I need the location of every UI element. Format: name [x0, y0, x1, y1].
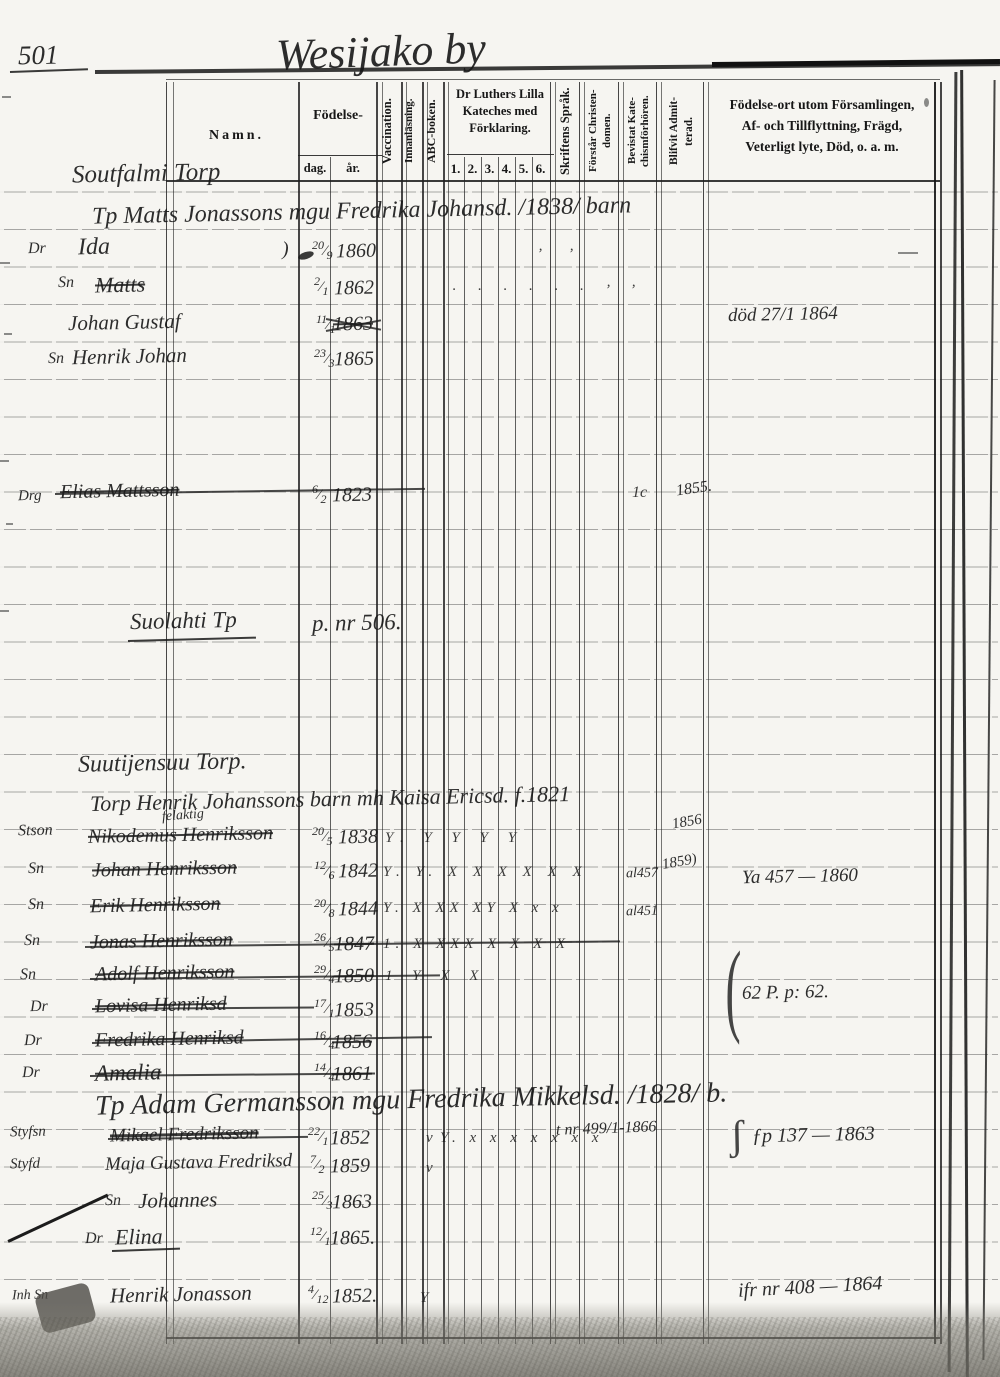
- birth-year: 1850: [334, 965, 374, 989]
- bevistat-mark: al451: [626, 904, 658, 921]
- katekes-line: Dr Luthers Lilla: [447, 86, 553, 103]
- birth-year: 1852: [330, 1127, 370, 1151]
- birth-year: 1865.: [330, 1227, 375, 1251]
- birth-month: 5: [327, 834, 333, 848]
- column-line: [401, 82, 403, 1344]
- table-right-border: [934, 82, 936, 1344]
- transfer-note: Suolahti Tp: [130, 607, 237, 635]
- katekes-marks: ’ ’: [537, 246, 585, 263]
- speck: [0, 460, 9, 462]
- remark-note: Ya 457 — 1860: [742, 865, 858, 889]
- katekes-col-2: 2.: [464, 161, 481, 177]
- page-title: Wesijako by: [275, 22, 486, 80]
- birth-day: 12: [310, 1224, 322, 1238]
- katekes-col-1: 1.: [447, 161, 464, 177]
- katekes-col-3: 3.: [481, 161, 498, 177]
- speck: [4, 333, 12, 335]
- speck: [0, 610, 9, 612]
- birth-month: 2: [321, 492, 327, 506]
- person-name: Jonas Henriksson: [90, 929, 233, 955]
- person-name: Amalia: [95, 1059, 162, 1086]
- birth-day: 2: [314, 274, 320, 288]
- birth-year: 1838: [338, 826, 378, 850]
- relation-label: Dr: [85, 1230, 103, 1248]
- tick-mark: v: [426, 1160, 433, 1177]
- relation-label: Sn: [24, 932, 40, 950]
- transfer-note: t nr 499/1-1866: [556, 1118, 657, 1139]
- col-header-namn: Namn.: [175, 128, 298, 144]
- birth-month: 9: [327, 248, 333, 262]
- col-header-admitterad-1: Blifvit Admit-: [668, 84, 680, 178]
- column-line: [623, 82, 624, 1344]
- birth-day: 7: [310, 1152, 316, 1166]
- remark-note: 62 P. p: 62.: [742, 981, 829, 1005]
- person-name: Matts: [95, 271, 146, 298]
- katekes-col-4: 4.: [498, 161, 515, 177]
- column-line: [481, 157, 482, 1344]
- birth-year: 1842: [338, 860, 378, 884]
- birth-day: 25: [312, 1188, 324, 1202]
- scan-grain: [0, 1317, 1000, 1377]
- relation-label: Stson: [18, 822, 53, 841]
- column-line: [515, 157, 516, 1344]
- scanned-church-record-page: Namn. Födelse- dag. år. Vaccination. Inn…: [0, 0, 1000, 1377]
- katekes-line: Kateches med: [447, 103, 553, 120]
- column-line: [443, 82, 445, 1344]
- column-line: [703, 82, 705, 1344]
- relation-label: Sn: [28, 896, 44, 914]
- section-heading: Soutfalmi Torp: [72, 158, 221, 189]
- col-header-fodelse: Födelse-: [300, 108, 376, 124]
- column-line: [382, 82, 383, 1344]
- birth-day: 14: [314, 1060, 326, 1074]
- relation-label: Sn: [20, 966, 36, 984]
- notes-line: Veterligt lyte, Död, o. a. m.: [710, 136, 934, 157]
- relation-label: Dr: [30, 998, 48, 1016]
- birth-day: 12: [314, 858, 326, 872]
- birth-year: 1860: [336, 240, 376, 264]
- relation-label: Drg: [18, 488, 42, 505]
- column-line: [448, 82, 449, 1344]
- birth-day: 22: [308, 1124, 320, 1138]
- grouping-brace: ʃ: [729, 1112, 744, 1160]
- column-line: [661, 82, 662, 1344]
- column-line: [618, 82, 620, 1344]
- relation-label: Styfd: [10, 1156, 40, 1174]
- column-line: [555, 82, 556, 1344]
- birth-year: 1863: [332, 1191, 372, 1215]
- birth-year: 1844: [338, 898, 378, 922]
- birth-year: 1865: [334, 348, 374, 372]
- col-header-forstar-1: Förstår Christen-: [587, 84, 599, 178]
- birth-day: 4: [308, 1282, 314, 1296]
- col-header-forstar-2: domen.: [601, 84, 613, 178]
- col-header-dag: dag.: [300, 161, 330, 176]
- birth-month: 8: [329, 906, 335, 920]
- birth-year: 1861: [332, 1063, 372, 1087]
- person-name: Johan Gustaf: [68, 309, 181, 336]
- katekes-marks: Y. X XX XY X x x: [383, 900, 564, 917]
- birth-day: 17: [314, 996, 326, 1010]
- grouping-brace: (: [725, 928, 742, 1048]
- relation-label: Sn: [28, 860, 44, 878]
- birth-year: 1823: [332, 484, 372, 508]
- column-line: [579, 82, 581, 1344]
- katekes-marks: 1 Y X X: [385, 968, 486, 985]
- person-name: Maja Gustava Fredriksd: [105, 1150, 293, 1176]
- birth-day: 20: [312, 238, 324, 252]
- birth-day: 29: [314, 962, 326, 976]
- notes-line: Födelse-ort utom Församlingen,: [710, 94, 934, 115]
- birth-day: 23: [314, 346, 326, 360]
- col-header-abc-boken: ABC-boken.: [424, 84, 439, 178]
- birth-year: 1862: [334, 277, 374, 301]
- col-header-skriftens-sprak: Skriftens Språk.: [558, 84, 573, 178]
- birth-year: 1859: [330, 1155, 370, 1179]
- birth-day: 26: [314, 930, 326, 944]
- column-line: [406, 82, 407, 1344]
- column-line: [427, 82, 428, 1344]
- katekes-line: Förklaring.: [447, 120, 553, 137]
- column-line: [584, 82, 585, 1344]
- person-name: Erik Henriksson: [90, 893, 221, 919]
- section-heading: Suutijensuu Torp.: [78, 748, 247, 779]
- col-header-admitterad-2: terad.: [683, 84, 695, 178]
- birth-month: 1: [323, 284, 329, 298]
- column-line: [422, 82, 424, 1344]
- column-line: [656, 82, 658, 1344]
- katekes-marks: Y. Y. X X X X X X: [383, 864, 588, 881]
- katekes-marks: · · · · · · ’ ’: [452, 282, 644, 299]
- relation-label: Dr: [24, 1032, 42, 1050]
- birth-day: 20: [312, 824, 324, 838]
- birth-month: 6: [329, 868, 335, 882]
- person-name: Adolf Henriksson: [95, 961, 235, 987]
- person-name: Mikael Fredriksson: [110, 1122, 259, 1147]
- note-dash: [898, 252, 918, 254]
- relation-label: Dr: [22, 1064, 40, 1082]
- forstar-mark: 1c: [632, 484, 647, 502]
- column-line: [708, 82, 709, 1344]
- table-right-border: [940, 82, 942, 1344]
- person-name: Ida: [78, 234, 111, 262]
- katekes-col-5: 5.: [515, 161, 532, 177]
- relation-label: Sn: [58, 274, 74, 292]
- column-line: [498, 157, 499, 1344]
- fodelse-subrule: [298, 155, 382, 156]
- birth-day: 6: [312, 482, 318, 496]
- birth-month: 2: [319, 1162, 325, 1176]
- transfer-note-ref: p. nr 506.: [312, 609, 402, 637]
- person-name: Johannes: [138, 1187, 218, 1214]
- col-header-notes: Födelse-ort utom Församlingen, Af- och T…: [710, 94, 934, 157]
- person-name: Henrik Johan: [72, 343, 187, 370]
- column-line: [464, 157, 465, 1344]
- col-header-ar: år.: [331, 161, 375, 176]
- speck: [0, 262, 10, 264]
- col-header-bevistat-1: Bevistat Kate-: [626, 84, 638, 178]
- tick-mark: v: [426, 1130, 433, 1147]
- birth-year: 1853: [334, 999, 374, 1023]
- katekes-col-6: 6.: [532, 161, 549, 177]
- header-bottom-rule: [166, 180, 940, 182]
- column-line: [376, 82, 378, 1344]
- speck: [2, 96, 11, 98]
- relation-label: Styfsn: [10, 1124, 46, 1142]
- speck: [924, 98, 929, 107]
- katekes-marks: 1. X XXX X X X X: [383, 936, 570, 953]
- person-name: Lovisa Henriksd: [95, 993, 227, 1019]
- col-header-bevistat-2: chismförhören.: [639, 84, 651, 178]
- column-line: [532, 157, 533, 1344]
- birth-month: 1: [323, 1134, 329, 1148]
- col-header-katekes: Dr Luthers Lilla Kateches med Förklaring…: [447, 86, 553, 137]
- bevistat-mark: al457: [626, 866, 658, 883]
- birth-day: 16: [314, 1028, 326, 1042]
- column-line: [550, 82, 552, 1344]
- katekes-subrule: [447, 154, 554, 155]
- speck: [6, 523, 13, 525]
- person-name: Nikodemus Henriksson: [88, 822, 273, 849]
- column-line: [298, 82, 300, 1344]
- remark-note: död 27/1 1864: [728, 303, 838, 327]
- pen-mark: ): [282, 238, 289, 261]
- birth-year: 1856: [332, 1031, 372, 1055]
- col-header-vaccination: Vaccination.: [380, 84, 395, 178]
- katekes-marks: Y. Y Y Y Y: [385, 830, 524, 847]
- relation-label: Sn: [48, 350, 64, 368]
- person-name: Elina: [115, 1224, 163, 1251]
- col-header-innanlasning: Innanläsning.: [403, 84, 415, 178]
- birth-year: 1847: [334, 933, 374, 957]
- notes-line: Af- och Tillflyttning, Frägd,: [710, 115, 934, 136]
- page-number: 501: [18, 40, 59, 72]
- birth-day: 20: [314, 896, 326, 910]
- person-name: Johan Henriksson: [92, 856, 237, 882]
- relation-label: Dr: [28, 240, 46, 258]
- remark-note: ƒp 137 — 1863: [752, 1123, 875, 1149]
